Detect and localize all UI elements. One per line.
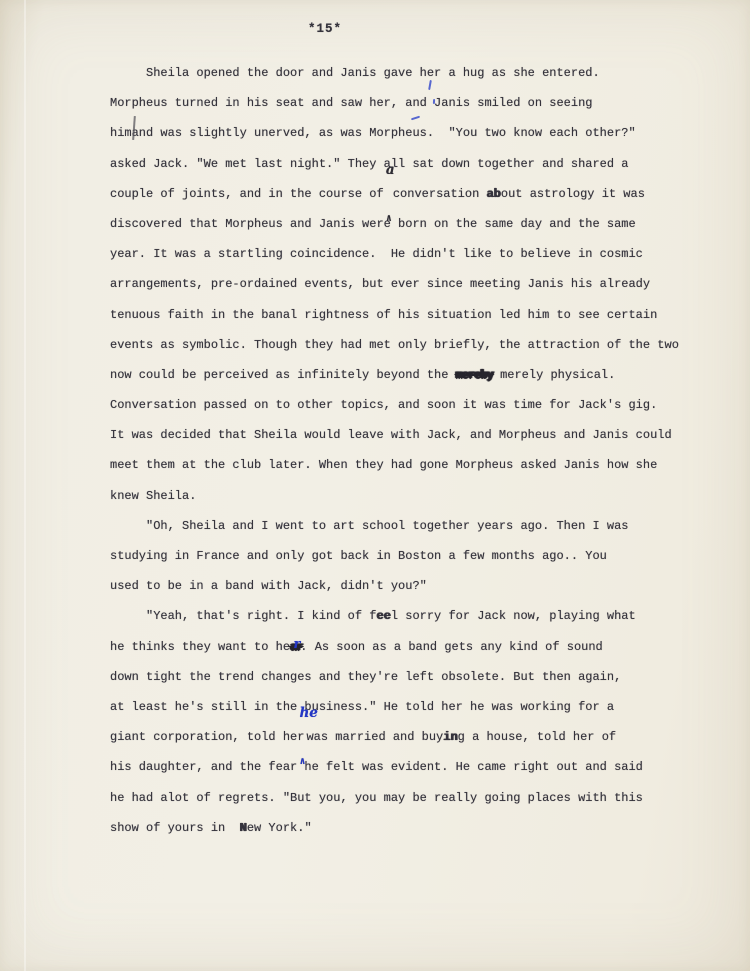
typed-text: knew Sheila. [110,489,196,503]
inserted-word: a [386,155,395,185]
typed-line: Sheila opened the door and Janis gave he… [110,58,695,88]
typed-text: tenuous faith in the banal rightness of … [110,308,657,322]
typed-line: asked Jack. "We met last night." They al… [110,149,695,179]
typed-line: couple of joints, and in the course of a… [110,179,695,209]
typed-text: at least he's still in the business." He… [110,700,614,714]
typed-line: now could be perceived as infinitely bey… [110,360,695,390]
page-number: *15* [308,22,342,36]
typed-text: "Oh, Sheila and I went to art school tog… [146,519,628,533]
typed-line: down tight the trend changes and they're… [110,662,695,692]
typed-line: year. It was a startling coincidence. He… [110,239,695,269]
struck-out-word: mereby [456,368,493,382]
typed-line: Morpheus turned in his seat and saw her,… [110,88,695,118]
typed-text: out astrology it was [501,187,645,201]
typed-line: giant corporation, told herhewas married… [110,722,695,752]
text-lines: Sheila opened the door and Janis gave he… [110,58,695,843]
typed-text: Conversation passed on to other topics, … [110,398,657,412]
typed-line: at least he's still in the business." He… [110,692,695,722]
handwritten-correction: r [293,637,300,652]
typed-text: conversation [393,187,487,201]
typed-text: It was decided that Sheila would leave w… [110,428,672,442]
typed-text: his daughter, and the fear he felt was e… [110,760,643,774]
typed-line: tenuous faith in the banal rightness of … [110,300,695,330]
ink-speck [433,99,435,104]
typed-line: arrangements, pre-ordained events, but e… [110,269,695,299]
typed-line: "Yeah, that's right. I kind of feel sorr… [110,601,695,631]
manuscript-page: *15* Sheila opened the door and Janis ga… [0,0,750,971]
typed-text: he had alot of regrets. "But you, you ma… [110,791,643,805]
typed-text: g a house, told her of [458,730,616,744]
typed-text: couple of joints, and in the course of [110,187,391,201]
typed-text: show of yours in [110,821,240,835]
typed-line: his daughter, and the fear he felt was e… [110,752,695,782]
typed-text: events as symbolic. Though they had met … [110,338,679,352]
typed-text: arrangements, pre-ordained events, but e… [110,277,650,291]
typed-text: he thinks they want to he [110,640,290,654]
overtyped-text: N [240,821,247,835]
typed-text: asked Jack. "We met last night." They al… [110,157,628,171]
typed-line: knew Sheila. [110,481,695,511]
typed-text: down tight the trend changes and they're… [110,670,621,684]
typed-text: meet them at the club later. When they h… [110,458,657,472]
typed-text: discovered that Morpheus and Janis were … [110,217,636,231]
typed-text: studying in France and only got back in … [110,549,607,563]
typed-line: events as symbolic. Though they had met … [110,330,695,360]
typed-text: ew York." [247,821,312,835]
typed-line: used to be in a band with Jack, didn't y… [110,571,695,601]
typed-text: Sheila opened the door and Janis gave he… [146,66,600,80]
typed-text: "Yeah, that's right. I kind of f [146,609,376,623]
overtyped-text: ee [376,609,390,623]
typed-line: he had alot of regrets. "But you, you ma… [110,783,695,813]
typed-text: giant corporation, told her [110,730,304,744]
typed-line: discovered that Morpheus and Janis were … [110,209,695,239]
typed-text: used to be in a band with Jack, didn't y… [110,579,427,593]
overtyped-text: in [443,730,457,744]
typed-text: and was slightly unerved, as was Morpheu… [132,126,636,140]
typed-line: Conversation passed on to other topics, … [110,390,695,420]
overtyped-text: ab [486,187,500,201]
typed-line: show of yours in New York." [110,813,695,843]
typed-text: l sorry for Jack now, playing what [391,609,636,623]
typed-line: studying in France and only got back in … [110,541,695,571]
typed-text: . As soon as a band gets any kind of sou… [300,640,602,654]
typed-text: him [110,126,132,140]
typed-text: Morpheus turned in his seat and saw her,… [110,96,592,110]
typed-line: "Oh, Sheila and I went to art school tog… [110,511,695,541]
typed-text: now could be perceived as infinitely bey… [110,368,456,382]
typed-line: meet them at the club later. When they h… [110,450,695,480]
inserted-word: he [299,698,317,728]
typed-text: was married and buy [306,730,443,744]
typed-text: year. It was a startling coincidence. He… [110,247,643,261]
typed-text: merely physical. [493,368,615,382]
typed-line: It was decided that Sheila would leave w… [110,420,695,450]
typed-line: himand was slightly unerved, as was Morp… [110,118,695,148]
typed-line: he thinks they want to hearr. As soon as… [110,632,695,662]
